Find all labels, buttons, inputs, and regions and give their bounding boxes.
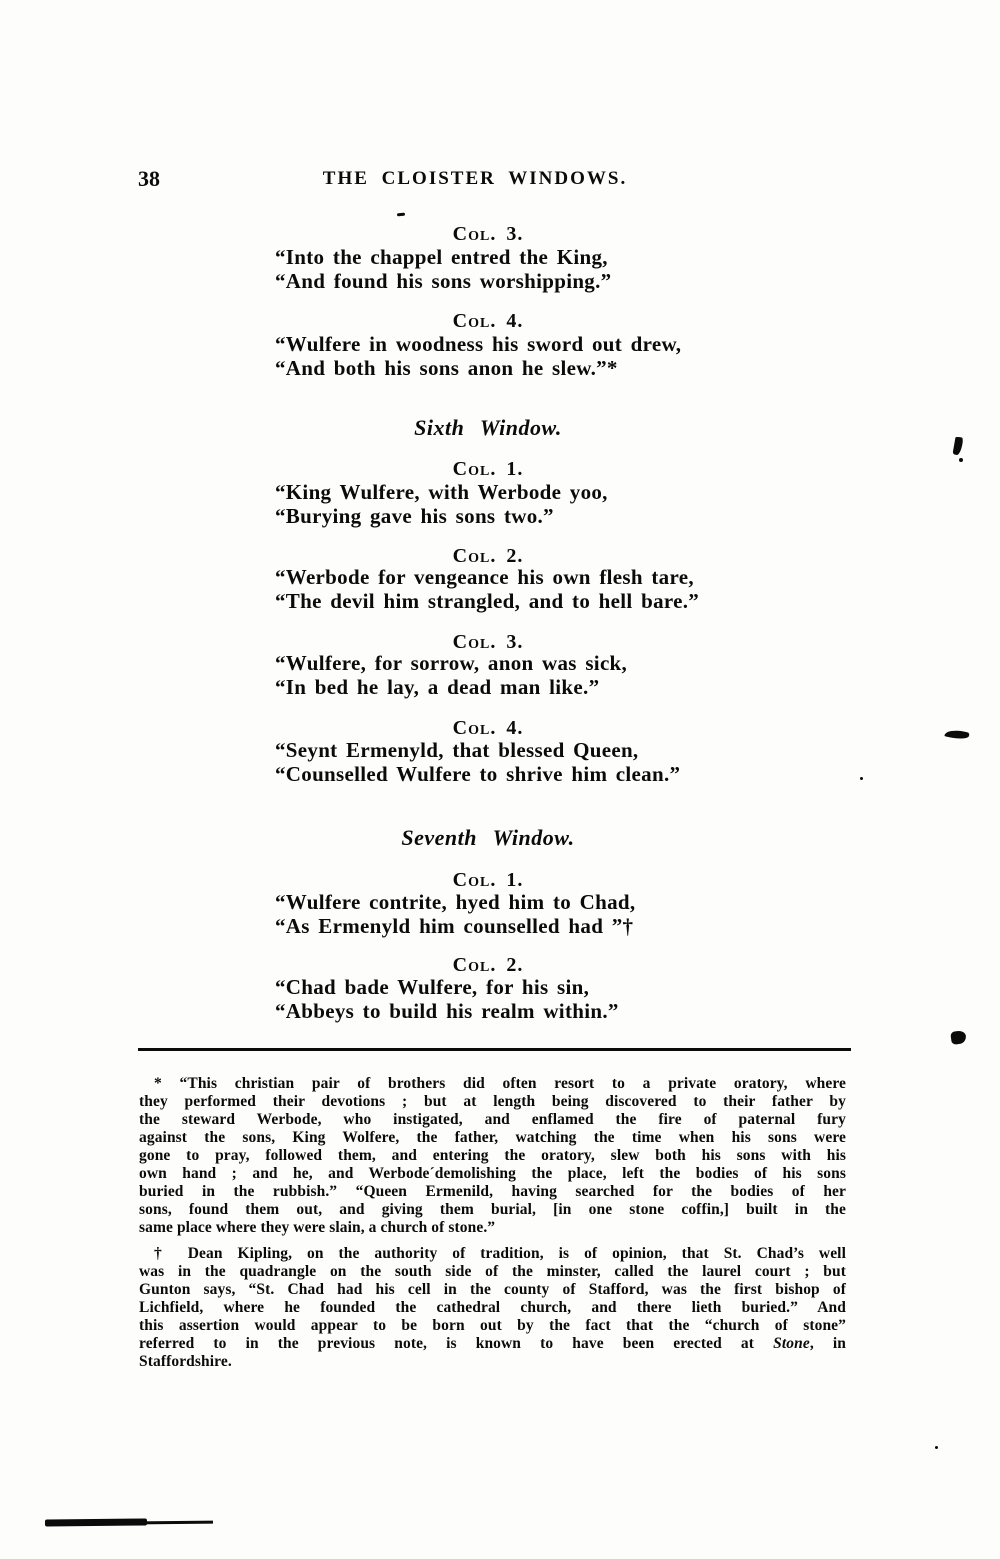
footnote-line: * “This christian pair of brothers did o… (139, 1075, 846, 1093)
verse-line: “Wulfere contrite, hyed him to Chad, (275, 890, 635, 914)
ink-mark (860, 777, 863, 780)
verse-line: “And found his sons worshipping.” (275, 269, 611, 293)
verse-line: “Into the chappel entred the King, (275, 245, 611, 269)
ink-mark (952, 436, 963, 455)
verse-line: “As Ermenyld him counselled had ”† (275, 914, 635, 938)
stanza-heading: Col. 3. (0, 632, 976, 652)
footnote-line: was in the quadrangle on the south side … (139, 1263, 846, 1281)
verse-line: “Seynt Ermenyld, that blessed Queen, (275, 738, 680, 762)
verse-line: “Wulfere in woodness his sword out drew, (275, 332, 681, 356)
stanza-heading: Col. 1. (0, 459, 976, 479)
scan-artifact-bar (45, 1518, 147, 1526)
footnote-line: sons, found them out, and giving them bu… (139, 1201, 846, 1219)
verse-line: “In bed he lay, a dead man like.” (275, 675, 627, 699)
stanza: “Wulfere in woodness his sword out drew,… (275, 332, 681, 380)
footnote-rule (138, 1048, 851, 1051)
verse-line: “Abbeys to build his realm within.” (275, 999, 619, 1023)
stanza: “Into the chappel entred the King, “And … (275, 245, 611, 293)
stanza: “Chad bade Wulfere, for his sin, “Abbeys… (275, 975, 619, 1023)
stanza-heading: Col. 2. (0, 546, 976, 566)
verse-line: “Chad bade Wulfere, for his sin, (275, 975, 619, 999)
footnote-italic-word: Stone (773, 1335, 810, 1352)
footnote-line: gone to pray, followed them, and enterin… (139, 1147, 846, 1165)
footnote-dagger: † Dean Kipling, on the authority of trad… (139, 1245, 846, 1371)
verse-line: “King Wulfere, with Werbode yoo, (275, 480, 608, 504)
ink-mark (959, 458, 963, 462)
stanza: “King Wulfere, with Werbode yoo, “Buryin… (275, 480, 608, 528)
ink-mark (397, 213, 405, 217)
stanza: “Wulfere, for sorrow, anon was sick, “In… (275, 651, 627, 699)
verse-line: “Counselled Wulfere to shrive him clean.… (275, 762, 680, 786)
verse-line: “Werbode for vengeance his own flesh tar… (275, 565, 699, 589)
footnote-line: Lichfield, where he founded the cathedra… (139, 1299, 846, 1317)
footnote-text: , in (810, 1335, 846, 1352)
ink-mark (935, 1446, 938, 1449)
footnote-line: Gunton says, “St. Chad had his cell in t… (139, 1281, 846, 1299)
verse-line: “Wulfere, for sorrow, anon was sick, (275, 651, 627, 675)
stanza-heading: Col. 3. (0, 224, 976, 244)
verse-line: “The devil him strangled, and to hell ba… (275, 589, 699, 613)
footnote-line: same place where they were slain, a chur… (139, 1219, 846, 1237)
footnote-text: referred to in the previous note, is kno… (139, 1335, 773, 1352)
running-title: THE CLOISTER WINDOWS. (0, 169, 950, 188)
footnote-line: the steward Werbode, who instigated, and… (139, 1111, 846, 1129)
footnote-line: Staffordshire. (139, 1353, 846, 1371)
book-page: 38 THE CLOISTER WINDOWS. Col. 3. “Into t… (0, 0, 1000, 1559)
footnote-asterisk: * “This christian pair of brothers did o… (139, 1075, 846, 1237)
stanza: “Werbode for vengeance his own flesh tar… (275, 565, 699, 613)
footnote-line: against the sons, King Wolfere, the fath… (139, 1129, 846, 1147)
stanza-heading: Col. 4. (0, 718, 976, 738)
scan-artifact-bar (140, 1521, 213, 1525)
stanza-heading: Col. 2. (0, 955, 976, 975)
footnote-line: they performed their devotions ; but at … (139, 1093, 846, 1111)
footnote-line: † Dean Kipling, on the authority of trad… (139, 1245, 846, 1263)
footnote-line: own hand ; and he, and Werbode´demolishi… (139, 1165, 846, 1183)
verse-line: “And both his sons anon he slew.”* (275, 356, 681, 380)
footnote-line: referred to in the previous note, is kno… (139, 1335, 846, 1353)
stanza-heading: Col. 4. (0, 311, 976, 331)
footnote-line: buried in the rubbish.” “Queen Ermenild,… (139, 1183, 846, 1201)
window-title: Sixth Window. (0, 417, 976, 439)
window-title: Seventh Window. (0, 827, 976, 849)
verse-line: “Burying gave his sons two.” (275, 504, 608, 528)
ink-mark (950, 1030, 967, 1045)
stanza: “Seynt Ermenyld, that blessed Queen, “Co… (275, 738, 680, 786)
stanza: “Wulfere contrite, hyed him to Chad, “As… (275, 890, 635, 938)
footnote-line: this assertion would appear to be born o… (139, 1317, 846, 1335)
stanza-heading: Col. 1. (0, 870, 976, 890)
